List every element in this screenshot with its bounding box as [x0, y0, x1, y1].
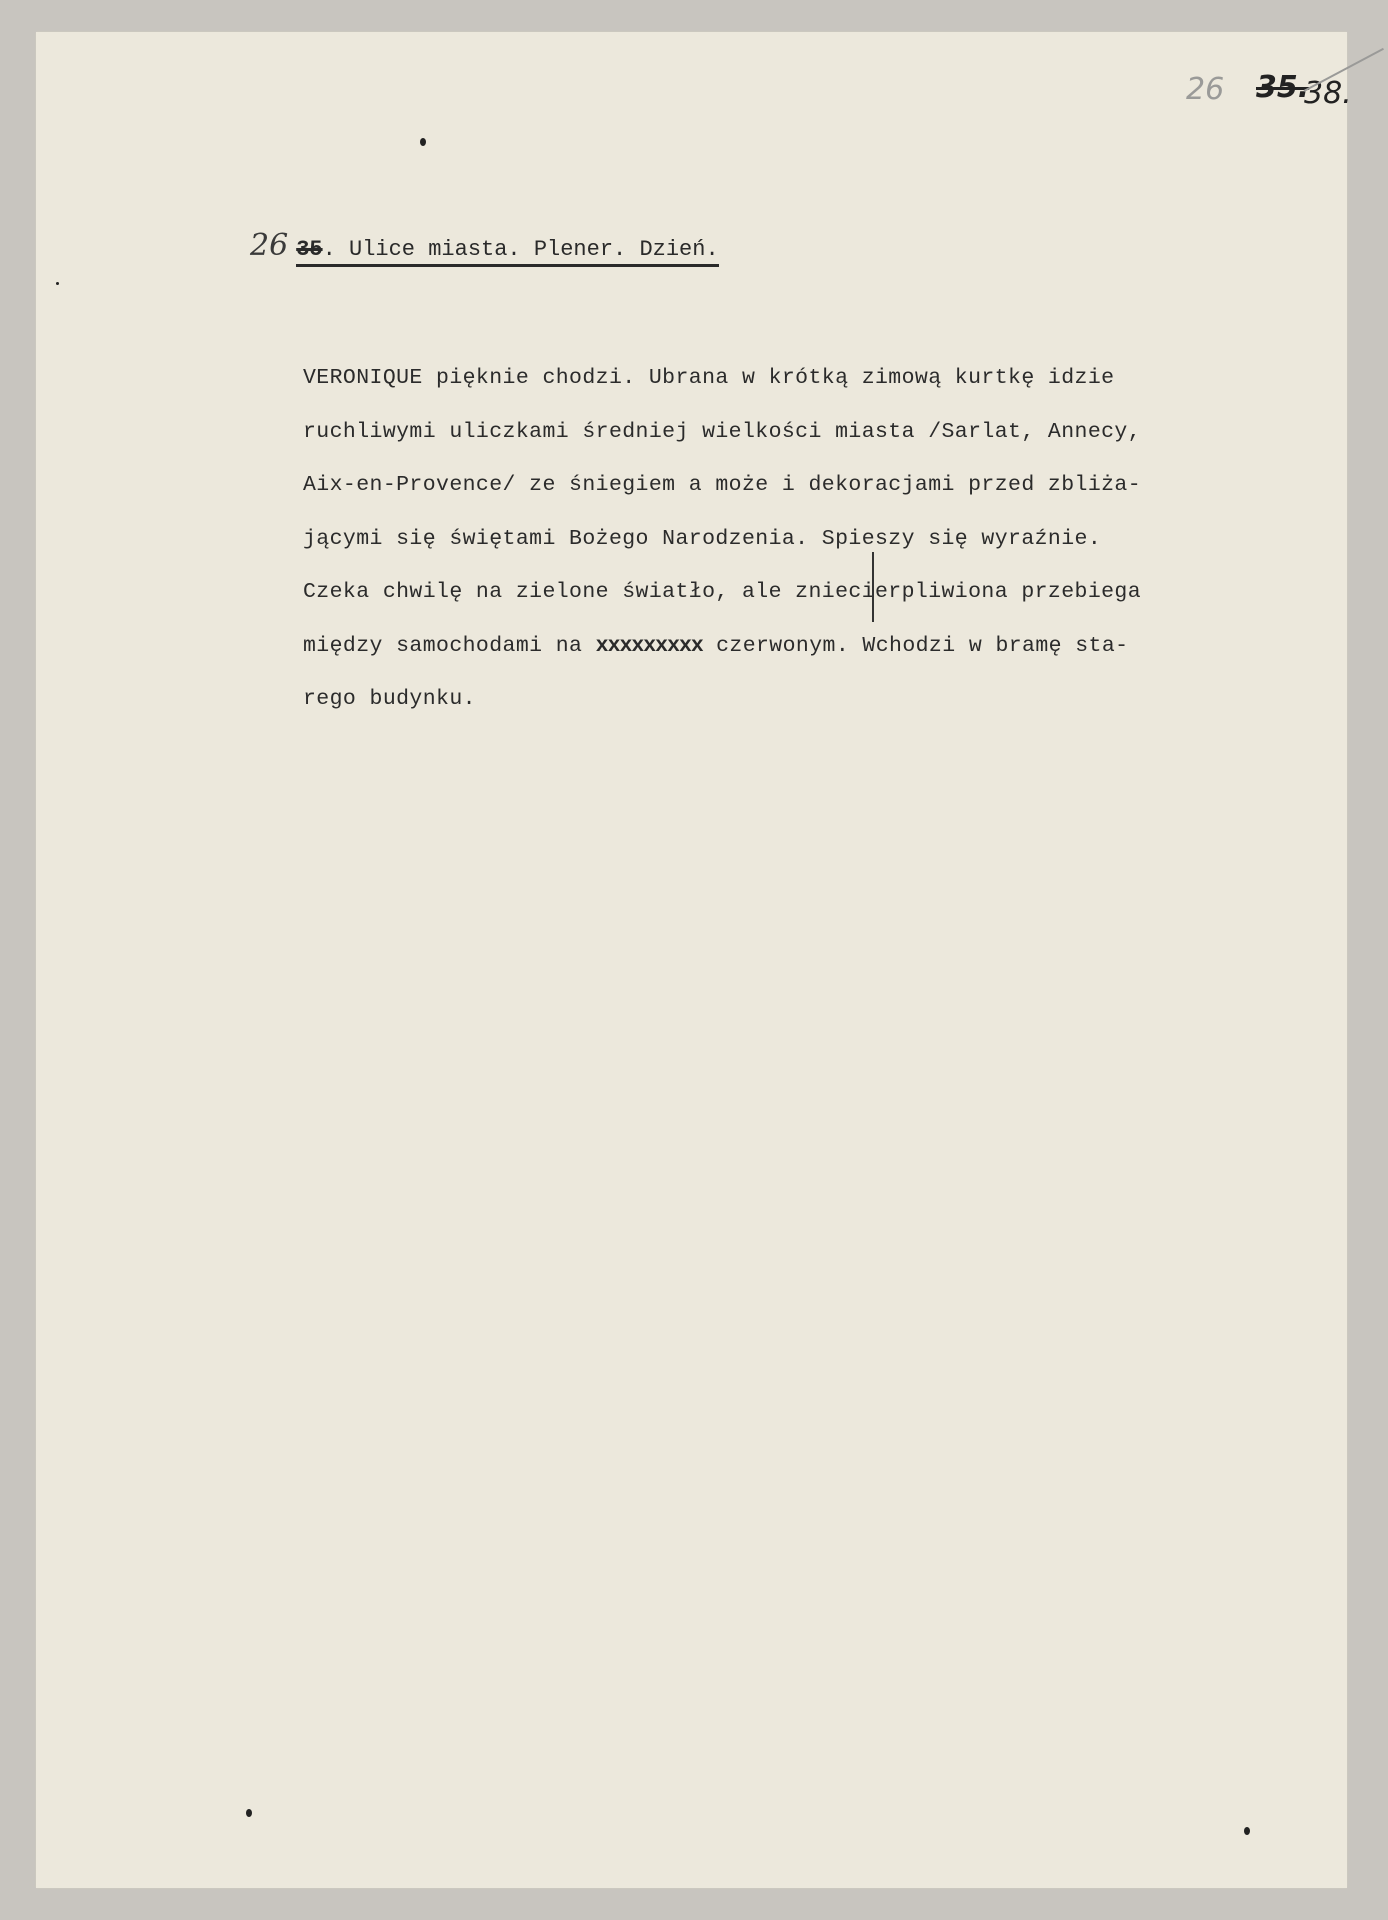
typed-strikeout: xxxxxxxxx [596, 634, 703, 658]
scene-heading: 2635. Ulice miasta. Plener. Dzień. [250, 228, 719, 263]
scene-number-struck: 35 [296, 237, 322, 262]
text-line: Czeka chwilę na zielone światło, ale zni… [303, 566, 1313, 620]
scene-title: . Ulice miasta. Plener. Dzień. [323, 237, 719, 262]
text-line: VERONIQUE pięknie chodzi. Ubrana w krótk… [303, 352, 1313, 406]
page-number: 26 35. 38. [1186, 68, 1386, 118]
ink-speck [56, 282, 59, 285]
scene-number-handwritten: 26 [250, 228, 288, 263]
ink-speck [246, 1809, 252, 1817]
text-fragment: czerwonym. Wchodzi w bramę sta- [703, 634, 1129, 658]
text-line: jącymi się świętami Bożego Narodzenia. S… [303, 513, 1313, 567]
page-number-pencil: 26 [1186, 72, 1224, 107]
pen-insertion-mark [872, 552, 874, 622]
page-number-ink: 38. [1304, 76, 1352, 111]
page-number-struck: 35. [1256, 70, 1309, 105]
text-line: rego budynku. [303, 673, 1313, 727]
text-line: ruchliwymi uliczkami średniej wielkości … [303, 406, 1313, 460]
ink-speck [1244, 1827, 1250, 1835]
scene-description: VERONIQUE pięknie chodzi. Ubrana w krótk… [303, 352, 1313, 727]
document-page: 26 35. 38. [36, 32, 1347, 1888]
text-line: Aix-en-Provence/ ze śniegiem a może i de… [303, 459, 1313, 513]
text-fragment: między samochodami na [303, 634, 582, 658]
text-line: między samochodami na xxxxxxxxx czerwony… [303, 620, 1313, 674]
ink-speck [420, 138, 426, 146]
